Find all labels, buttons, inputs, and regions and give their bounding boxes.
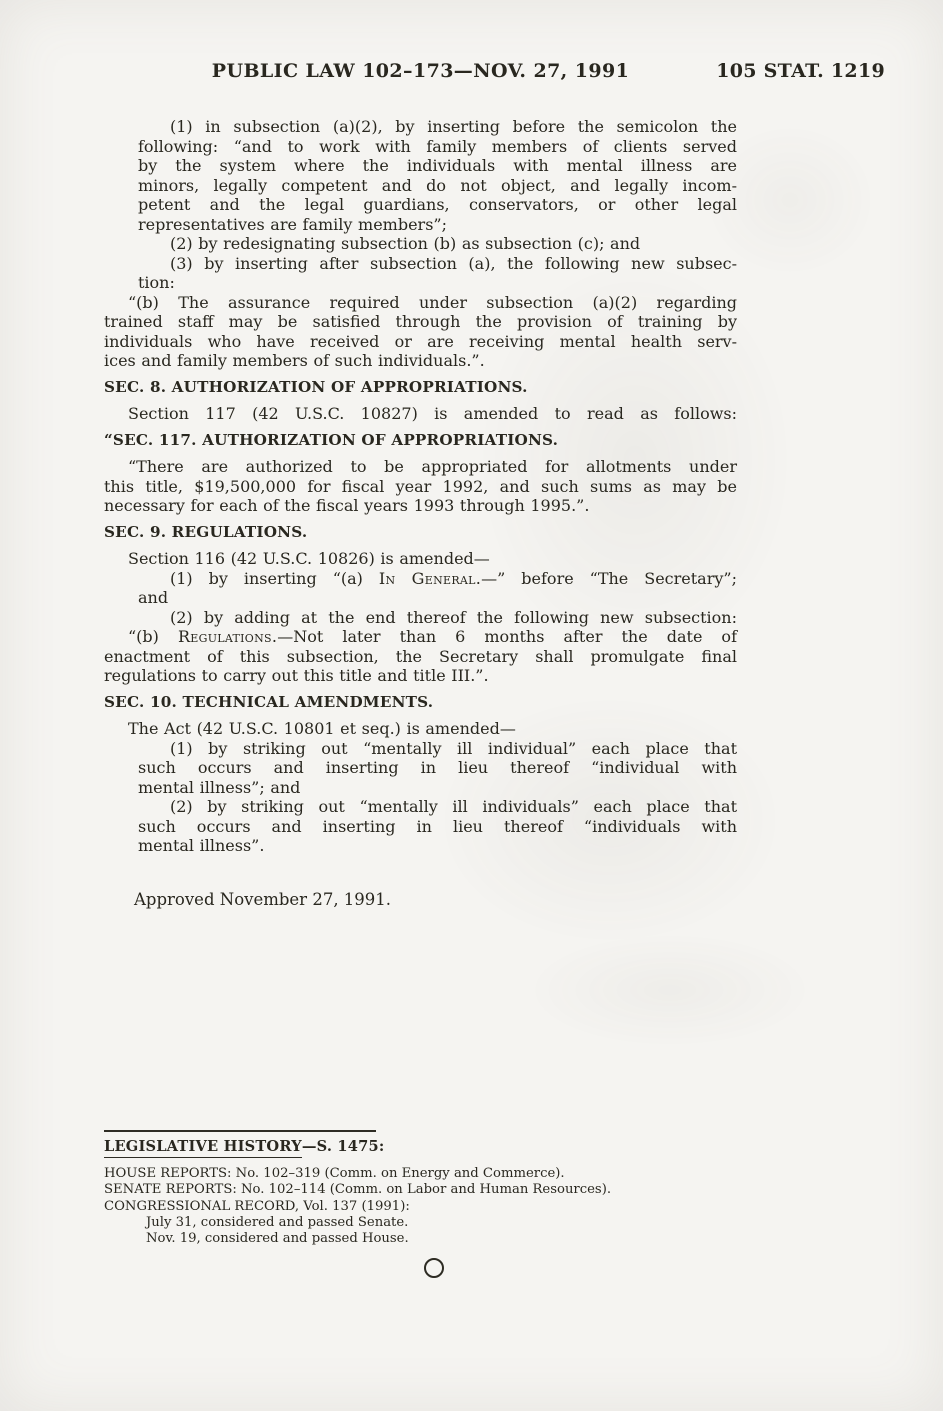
text-segment: following: “and to work with family memb… [138,137,737,156]
statute-line: “(b) The assurance required under subsec… [104,293,737,313]
text-segment: regulations to carry out this title and … [104,666,489,685]
text-segment: by the system where the individuals with… [138,156,737,175]
text-segment: The Act (42 U.S.C. 10801 et seq.) is ame… [128,719,516,738]
text-segment: (2) by striking out “mentally ill indivi… [170,797,737,816]
small-caps-term: Regulations. [178,627,277,646]
separator-rule [104,1130,376,1132]
statute-line: mental illness”; and [104,778,737,798]
text-segment: trained staff may be satisfied through t… [104,312,737,331]
legislative-history-line: CONGRESSIONAL RECORD, Vol. 137 (1991): [104,1199,704,1215]
legislative-history-entries: HOUSE REPORTS: No. 102–319 (Comm. on Ene… [104,1166,704,1247]
text-segment: (2) by redesignating subsection (b) as s… [170,234,640,253]
small-caps-term: In General. [379,569,481,588]
text-segment: (1) by striking out “mentally ill indivi… [170,739,737,758]
section-heading: SEC. 8. AUTHORIZATION OF APPROPRIATIONS. [104,378,737,398]
statute-line: representatives are family members”; [104,215,737,235]
statute-line: “(b) Regulations.—Not later than 6 month… [104,627,737,647]
text-segment: necessary for each of the fiscal years 1… [104,496,589,515]
scan-smudge [520,930,820,1050]
statute-line: such occurs and inserting in lieu thereo… [104,817,737,837]
statute-line: minors, legally competent and do not obj… [104,176,737,196]
text-segment: (3) by inserting after subsection (a), t… [170,254,737,273]
statute-line: necessary for each of the fiscal years 1… [104,496,737,516]
section-heading: “SEC. 117. AUTHORIZATION OF APPROPRIATIO… [104,431,737,451]
text-segment: Section 117 (42 U.S.C. 10827) is amended… [128,404,737,423]
statute-line: and [104,588,737,608]
law-title: PUBLIC LAW 102–173—NOV. 27, 1991 [104,60,737,82]
stat-page-number: 105 STAT. 1219 [716,60,885,82]
legislative-history-title: LEGISLATIVE HISTORY—S. 1475: [104,1139,704,1155]
statute-line: (1) by inserting “(a) In General.—” befo… [104,569,737,589]
statute-line: petent and the legal guardians, conserva… [104,195,737,215]
section-heading: SEC. 10. TECHNICAL AMENDMENTS. [104,693,737,713]
statute-line: (2) by redesignating subsection (b) as s… [104,234,737,254]
text-segment: tion: [138,273,175,292]
text-segment: “(b) The assurance required under subsec… [128,293,737,312]
legislative-history-line: SENATE REPORTS: No. 102–114 (Comm. on La… [104,1182,704,1198]
legislative-history-label: LEGISLATIVE HISTORY [104,1138,302,1158]
statute-line: regulations to carry out this title and … [104,666,737,686]
text-segment: individuals who have received or are rec… [104,332,737,351]
text-segment: —” before “The Secretary”; [481,569,737,588]
text-segment: representatives are family members”; [138,215,447,234]
text-segment: and [138,588,168,607]
text-segment: mental illness”. [138,836,264,855]
statute-line: (2) by adding at the end thereof the fol… [104,608,737,628]
statute-line: trained staff may be satisfied through t… [104,312,737,332]
statute-line: (1) in subsection (a)(2), by inserting b… [104,117,737,137]
approval-line: Approved November 27, 1991. [104,890,737,909]
text-segment: “(b) [128,627,178,646]
statute-line: individuals who have received or are rec… [104,332,737,352]
statute-line: ices and family members of such individu… [104,351,737,371]
text-segment: such occurs and inserting in lieu thereo… [138,817,737,836]
text-segment: petent and the legal guardians, conserva… [138,195,737,214]
text-segment: (2) by adding at the end thereof the fol… [170,608,737,627]
statute-line: tion: [104,273,737,293]
text-segment: Section 116 (42 U.S.C. 10826) is amended… [128,549,490,568]
text-segment: (1) in subsection (a)(2), by inserting b… [170,117,737,136]
statute-line: (2) by striking out “mentally ill indivi… [104,797,737,817]
statute-text: (1) in subsection (a)(2), by inserting b… [104,117,737,909]
legislative-history: LEGISLATIVE HISTORY—S. 1475: HOUSE REPOR… [104,1130,704,1247]
statute-line: The Act (42 U.S.C. 10801 et seq.) is ame… [104,719,737,739]
statute-line: by the system where the individuals with… [104,156,737,176]
statute-line: “There are authorized to be appropriated… [104,457,737,477]
legislative-history-line: July 31, considered and passed Senate. [104,1215,704,1231]
statute-line: (1) by striking out “mentally ill indivi… [104,739,737,759]
text-segment: mental illness”; and [138,778,300,797]
text-segment: such occurs and inserting in lieu thereo… [138,758,737,777]
text-segment: —Not later than 6 months after the date … [277,627,737,646]
legislative-history-bill-number: —S. 1475: [302,1138,385,1155]
statute-line: Section 117 (42 U.S.C. 10827) is amended… [104,404,737,424]
section-heading: SEC. 9. REGULATIONS. [104,523,737,543]
statute-line: mental illness”. [104,836,737,856]
text-segment: ices and family members of such individu… [104,351,485,370]
text-segment: this title, $19,500,000 for fiscal year … [104,477,737,496]
legislative-history-line: HOUSE REPORTS: No. 102–319 (Comm. on Ene… [104,1166,704,1182]
text-segment: “There are authorized to be appropriated… [128,457,737,476]
text-segment: minors, legally competent and do not obj… [138,176,737,195]
legislative-history-line: Nov. 19, considered and passed House. [104,1231,704,1247]
statute-line: such occurs and inserting in lieu thereo… [104,758,737,778]
statute-line: this title, $19,500,000 for fiscal year … [104,477,737,497]
page-end-circle-icon [424,1258,444,1278]
text-segment: (1) by inserting “(a) [170,569,379,588]
statute-line: (3) by inserting after subsection (a), t… [104,254,737,274]
statute-page: PUBLIC LAW 102–173—NOV. 27, 1991 105 STA… [0,0,943,1411]
statute-line: Section 116 (42 U.S.C. 10826) is amended… [104,549,737,569]
statute-line: enactment of this subsection, the Secret… [104,647,737,667]
text-segment: enactment of this subsection, the Secret… [104,647,737,666]
statute-line: following: “and to work with family memb… [104,137,737,157]
